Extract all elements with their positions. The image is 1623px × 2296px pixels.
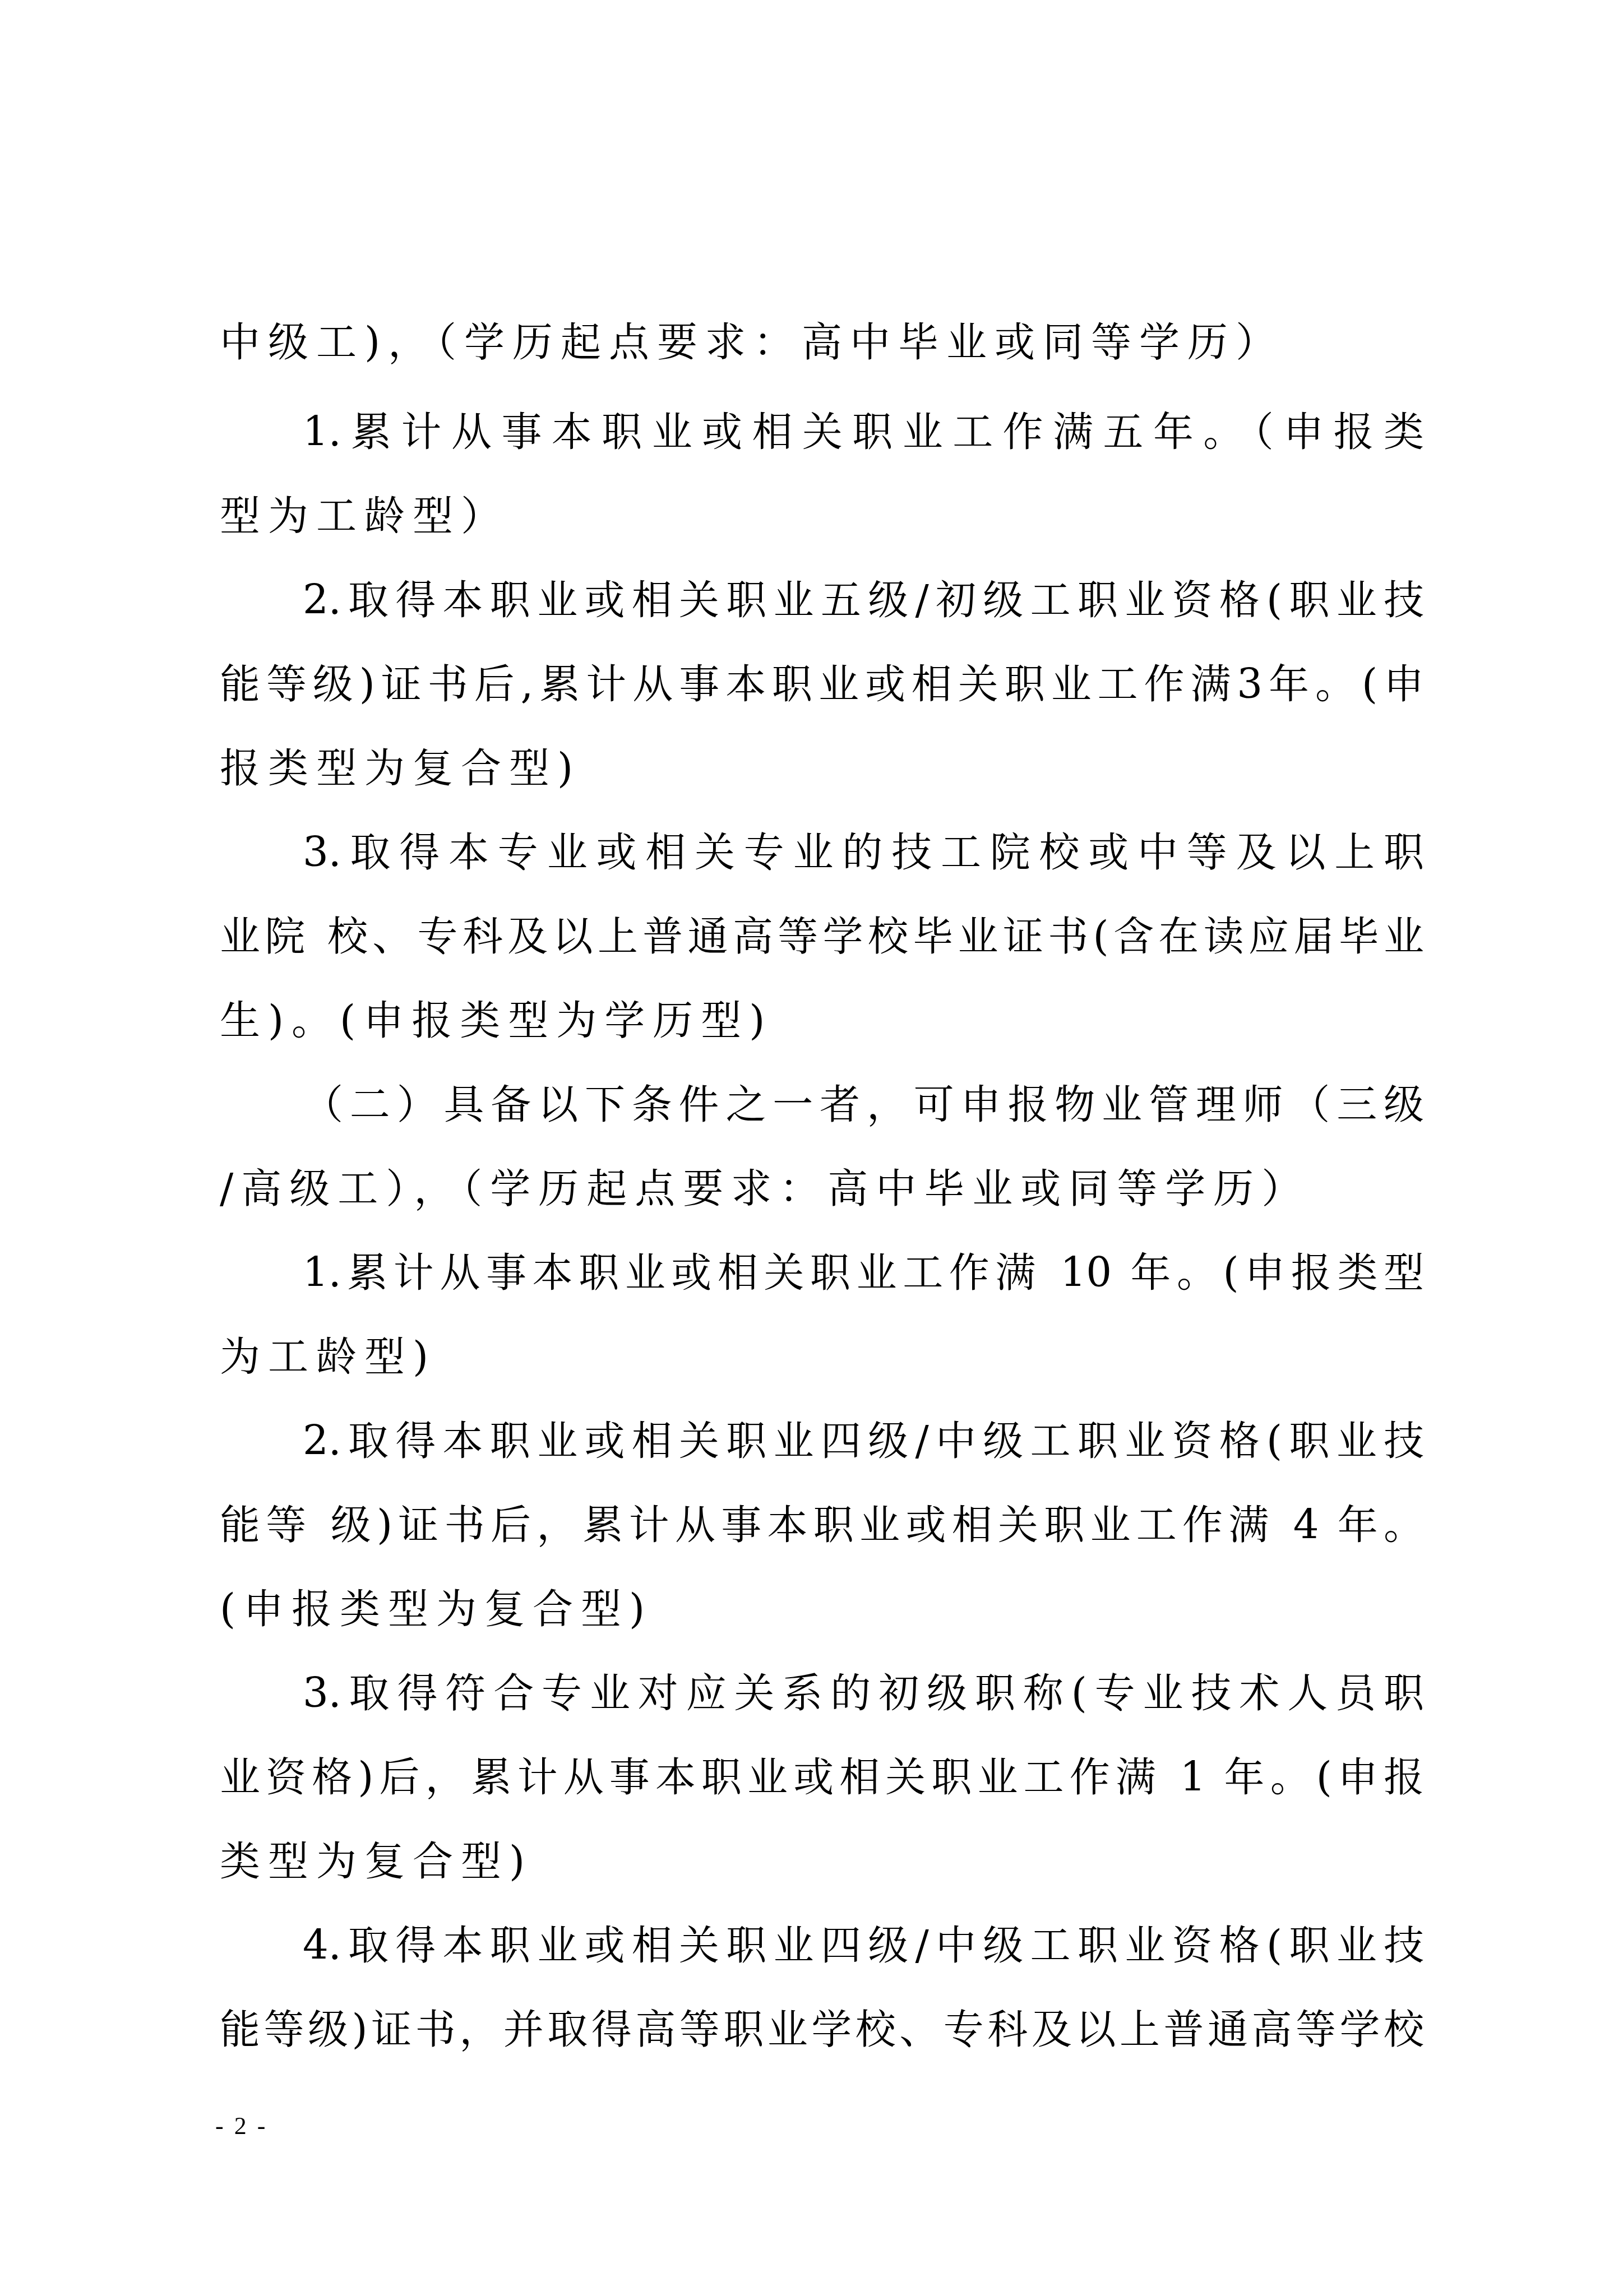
text-line: 为工龄型) [220, 1330, 1424, 1383]
document-page: 中级工)，（学历起点要求：高中毕业或同等学历）1.累计从事本职业或相关职业工作满… [0, 0, 1623, 2296]
text-line: 型为工龄型） [220, 489, 1424, 543]
text-line: (申报类型为复合型) [220, 1582, 1424, 1636]
text-line: 中级工)，（学历起点要求：高中毕业或同等学历） [220, 315, 1424, 369]
text-line: 业资格)后，累计从事本职业或相关职业工作满 1 年。(申报 [220, 1750, 1424, 1804]
text-line: 2.取得本职业或相关职业四级/中级工职业资格(职业技 [303, 1414, 1424, 1468]
text-line: 报类型为复合型) [220, 741, 1424, 795]
text-line: 能等 级)证书后，累计从事本职业或相关职业工作满 4 年。 [220, 1498, 1424, 1552]
text-line: 业院 校、专科及以上普通高等学校毕业证书(含在读应届毕业 [220, 909, 1424, 963]
text-line: 4.取得本职业或相关职业四级/中级工职业资格(职业技 [303, 1918, 1424, 1972]
text-line: /高级工），（学历起点要求：高中毕业或同等学历） [220, 1161, 1424, 1215]
text-line: 类型为复合型) [220, 1834, 1424, 1888]
text-line: 3.取得本专业或相关专业的技工院校或中等及以上职 [303, 825, 1424, 879]
text-line: 能等级)证书后,累计从事本职业或相关职业工作满3年。(申 [220, 657, 1424, 711]
text-line: （二）具备以下条件之一者，可申报物业管理师（三级 [303, 1077, 1424, 1131]
page-number: - 2 - [215, 2112, 267, 2140]
text-line: 3.取得符合专业对应关系的初级职称(专业技术人员职 [303, 1666, 1424, 1720]
text-line: 1.累计从事本职业或相关职业工作满五年。（申报类 [303, 405, 1424, 459]
text-line: 1.累计从事本职业或相关职业工作满 10 年。(申报类型 [303, 1246, 1424, 1299]
text-line: 生)。(申报类型为学历型) [220, 993, 1424, 1047]
text-line: 能等级)证书，并取得高等职业学校、专科及以上普通高等学校 [220, 2002, 1424, 2056]
text-line: 2.取得本职业或相关职业五级/初级工职业资格(职业技 [303, 573, 1424, 627]
